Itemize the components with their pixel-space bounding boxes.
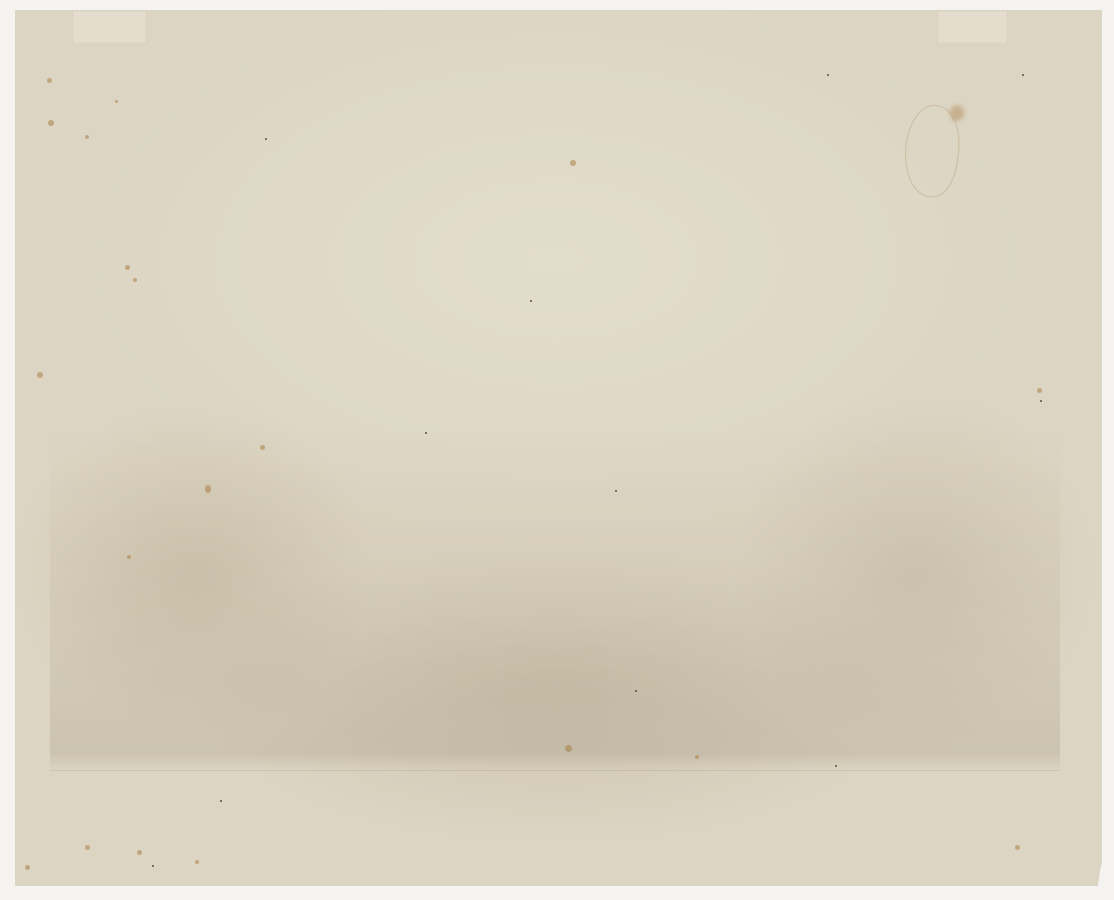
foxing-spot: [1037, 388, 1042, 393]
foxing-spot: [260, 445, 265, 450]
paper-hinge-right: [937, 10, 1008, 44]
foxing-spot: [37, 372, 43, 378]
stain-spot: [950, 105, 964, 121]
foxing-spot: [25, 865, 30, 870]
speck: [152, 865, 154, 867]
speck: [635, 690, 637, 692]
foxing-spot: [195, 860, 199, 864]
foxing-spot: [48, 120, 54, 126]
foxing-spot: [205, 485, 211, 493]
foxing-spot: [133, 278, 137, 282]
speck: [827, 74, 829, 76]
speck: [530, 300, 532, 302]
speck: [615, 490, 617, 492]
speck: [1022, 74, 1024, 76]
speck: [220, 800, 222, 802]
foxing-spot: [115, 100, 118, 103]
foxing-spot: [565, 745, 572, 752]
foxing-spot: [125, 265, 130, 270]
foxing-spot: [695, 755, 699, 759]
speck: [265, 138, 267, 140]
paper-sheet: [15, 10, 1102, 886]
foxing-spot: [85, 135, 89, 139]
speck: [835, 765, 837, 767]
foxing-spot: [1015, 845, 1020, 850]
foxing-spot: [85, 845, 90, 850]
foxing-spot: [570, 160, 576, 166]
foxing-spot: [137, 850, 142, 855]
speck: [1040, 400, 1042, 402]
image-show-through: [50, 430, 1060, 771]
paper-hinge-left: [72, 10, 147, 44]
speck: [425, 432, 427, 434]
foxing-spot: [127, 555, 131, 559]
foxing-spot: [47, 78, 52, 83]
